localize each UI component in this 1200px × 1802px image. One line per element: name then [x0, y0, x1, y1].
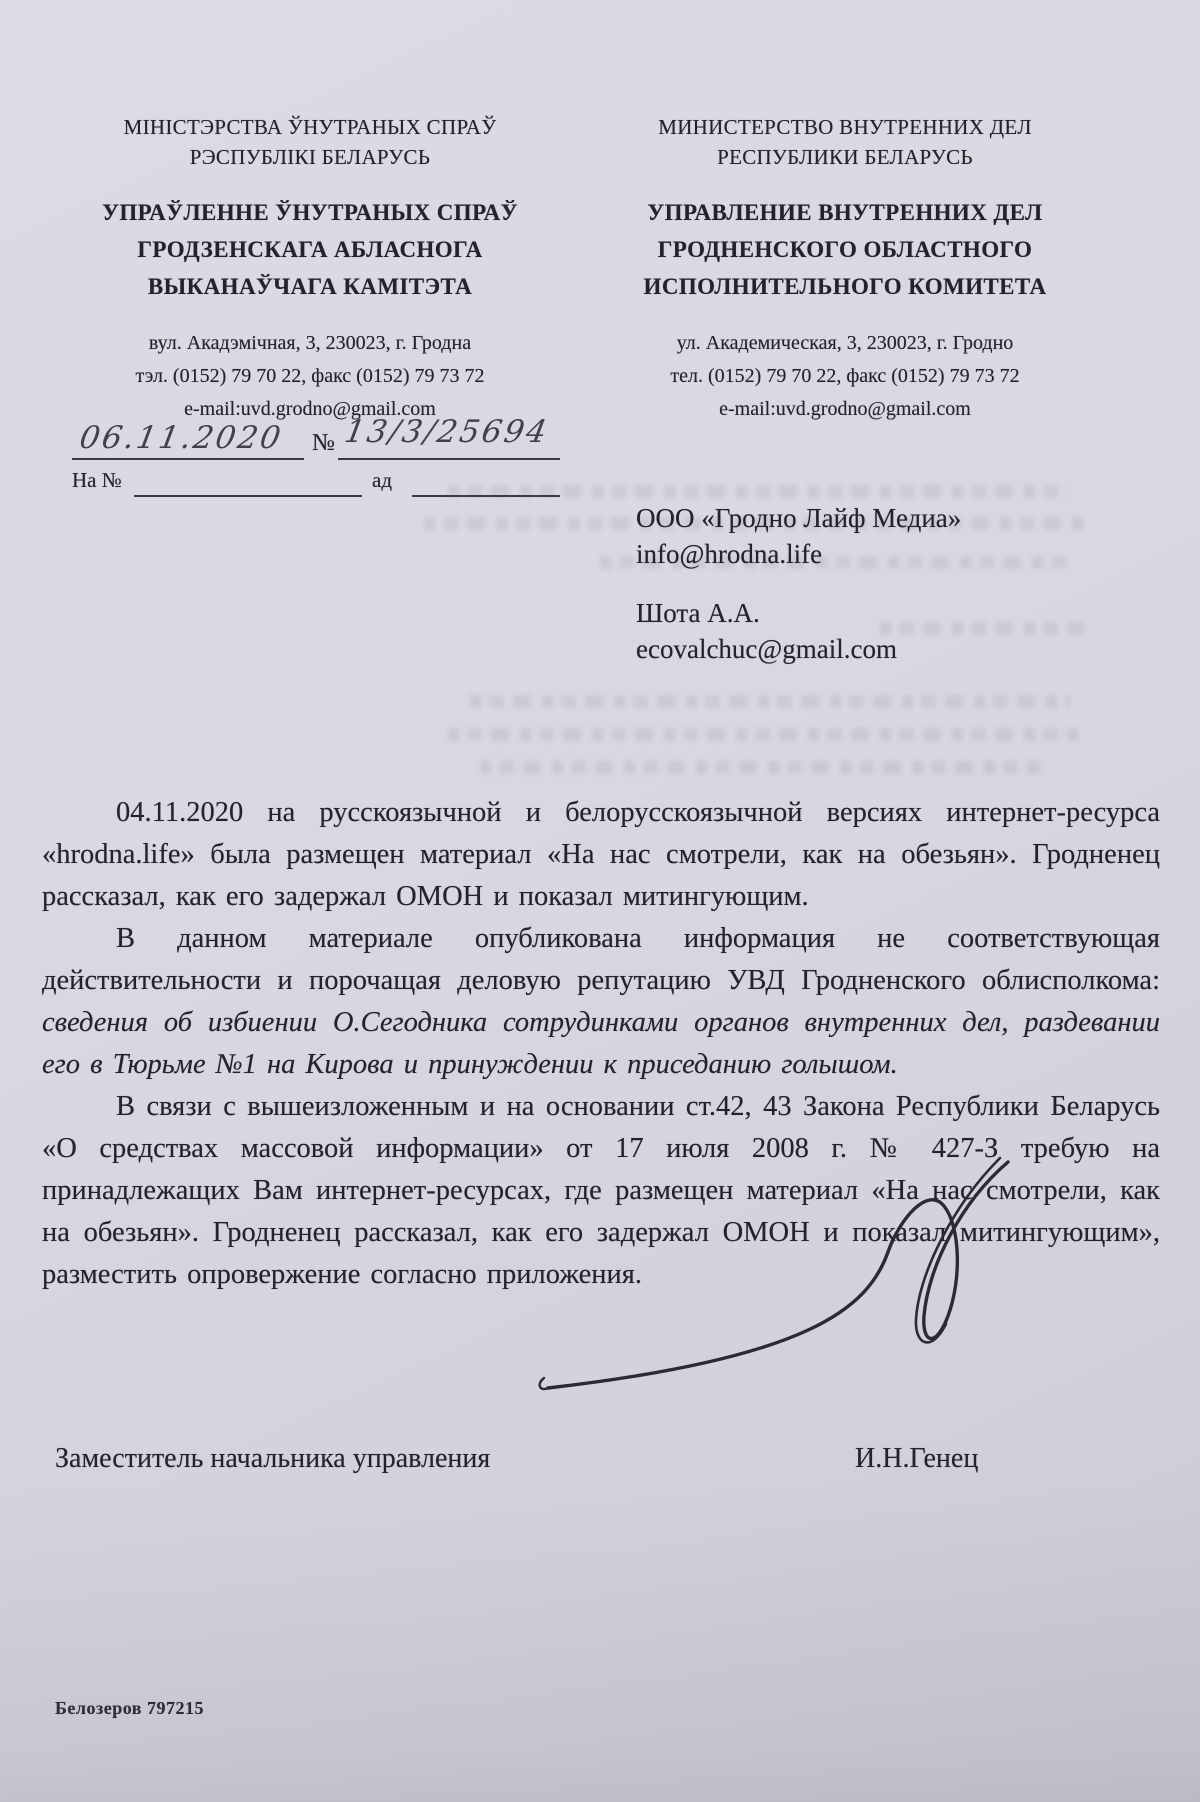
recipient-person-email: ecovalchuc@gmail.com	[636, 631, 961, 667]
bleed-through-text	[448, 728, 1078, 741]
bleed-through-text	[470, 695, 1070, 708]
department-name-line: ГРОДНЕНСКОГО ОБЛАСТНОГО	[585, 231, 1105, 268]
phone-fax: тел. (0152) 79 70 22, факс (0152) 79 73 …	[585, 360, 1105, 393]
ministry-name-line: МИНИСТЕРСТВО ВНУТРЕННИХ ДЕЛ	[585, 112, 1105, 142]
scanned-letter-page: МІНІСТЭРСТВА ЎНУТРАНЫХ СПРАЎ РЭСПУБЛІКІ …	[0, 0, 1200, 1802]
body-paragraph-2-normal: В данном материале опубликована информац…	[42, 923, 1160, 996]
recipient-organization: ООО «Гродно Лайф Медиа»	[636, 500, 961, 536]
spacer	[636, 572, 961, 595]
signatory-name: И.Н.Генец	[855, 1443, 978, 1475]
phone-fax: тэл. (0152) 79 70 22, факс (0152) 79 73 …	[60, 360, 560, 393]
ministry-name-line: РЕСПУБЛИКИ БЕЛАРУСЬ	[585, 142, 1105, 172]
recipient-person: Шота А.А.	[636, 595, 961, 631]
signatory-title: Заместитель начальника управления	[55, 1443, 490, 1475]
ministry-name-line: РЭСПУБЛІКІ БЕЛАРУСЬ	[60, 142, 560, 172]
postal-address: вул. Акадэмічная, 3, 230023, г. Гродна	[60, 327, 560, 360]
handwritten-outgoing-number: 13/3/25694	[342, 414, 552, 450]
ministry-name-line: МІНІСТЭРСТВА ЎНУТРАНЫХ СПРАЎ	[60, 112, 560, 142]
handwritten-date: 06.11.2020	[77, 420, 286, 456]
body-paragraph-2: В данном материале опубликована информац…	[42, 918, 1160, 1086]
department-name-line: УПРАВЛЕНИЕ ВНУТРЕННИХ ДЕЛ	[585, 194, 1105, 231]
recipient-organization-email: info@hrodna.life	[636, 536, 961, 572]
letterhead-russian: МИНИСТЕРСТВО ВНУТРЕННИХ ДЕЛ РЕСПУБЛИКИ Б…	[585, 112, 1105, 426]
executor-note: Белозеров 797215	[55, 1698, 204, 1719]
recipient-block: ООО «Гродно Лайф Медиа» info@hrodna.life…	[636, 500, 961, 667]
department-name-line: ГРОДЗЕНСКАГА АБЛАСНОГА	[60, 231, 560, 268]
number-sign: №	[312, 430, 335, 457]
email-address: e-mail:uvd.grodno@gmail.com	[585, 393, 1105, 426]
body-paragraph-1: 04.11.2020 на русскоязычной и белорусско…	[42, 792, 1160, 918]
department-name-line: УПРАЎЛЕННЕ ЎНУТРАНЫХ СПРАЎ	[60, 194, 560, 231]
department-name-line: ИСПОЛНИТЕЛЬНОГО КОМИТЕТА	[585, 268, 1105, 305]
letterhead-belarusian: МІНІСТЭРСТВА ЎНУТРАНЫХ СПРАЎ РЭСПУБЛІКІ …	[60, 112, 560, 426]
department-name-line: ВЫКАНАЎЧАГА КАМІТЭТА	[60, 268, 560, 305]
reply-date-label: ад	[372, 468, 392, 493]
date-underline-dash	[252, 458, 304, 460]
body-paragraph-2-italic: сведения об избиении О.Сегодника сотруди…	[42, 1007, 1160, 1080]
reply-number-line	[134, 495, 362, 497]
number-underline	[338, 458, 560, 460]
reply-to-label: На №	[72, 468, 122, 493]
bleed-through-text	[480, 761, 1040, 774]
postal-address: ул. Академическая, 3, 230023, г. Гродно	[585, 327, 1105, 360]
reply-date-line	[412, 495, 560, 497]
handwritten-signature	[520, 1148, 1040, 1408]
